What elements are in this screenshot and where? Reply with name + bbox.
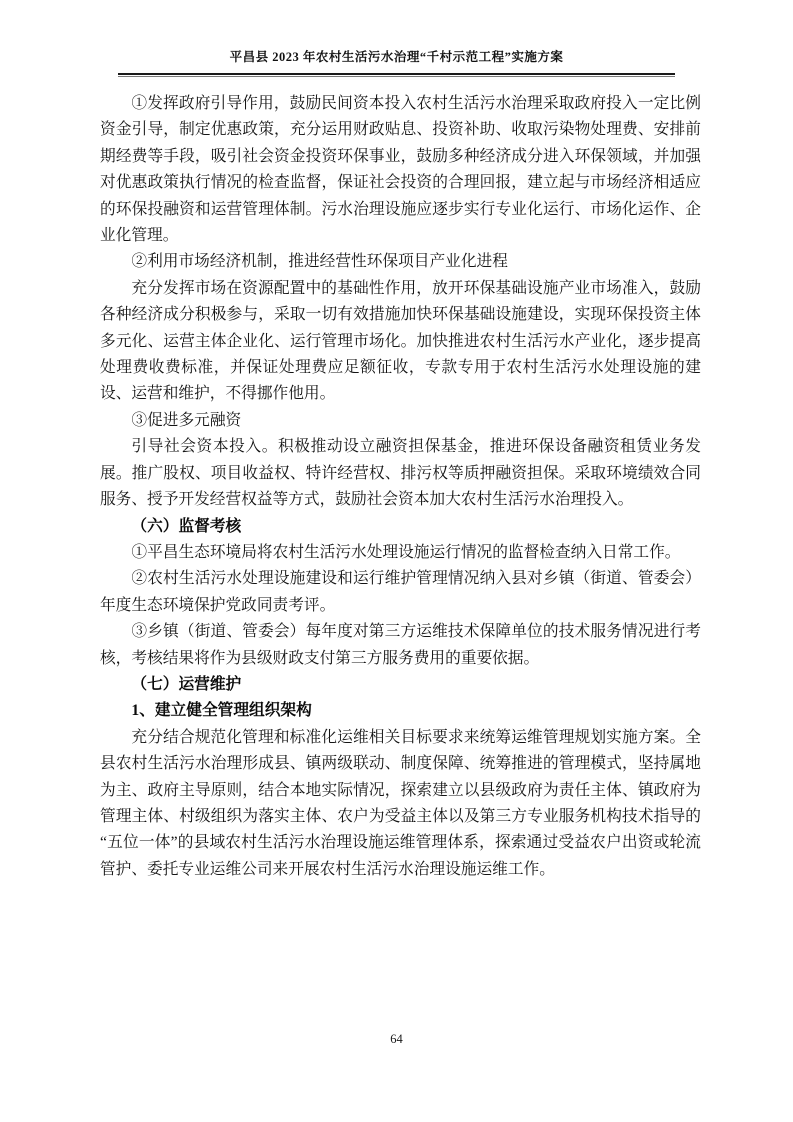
paragraph: ②利用市场经济机制，推进经营性环保项目产业化进程 <box>100 249 701 275</box>
paragraph: ②农村生活污水处理设施建设和运行维护管理情况纳入县对乡镇（街道、管委会）年度生态… <box>100 566 701 619</box>
paragraph: ①平昌生态环境局将农村生活污水处理设施运行情况的监督检查纳入日常工作。 <box>100 540 701 566</box>
section-heading-supervision: （六）监督考核 <box>100 514 701 540</box>
page-footer: 64 <box>0 1030 793 1048</box>
subsection-heading-org-structure: 1、建立健全管理组织架构 <box>100 698 701 724</box>
paragraph: 充分发挥市场在资源配置中的基础性作用，放开环保基础设施产业市场准入，鼓励各种经济… <box>100 276 701 408</box>
paragraph: 充分结合规范化管理和标准化运维相关目标要求来统筹运维管理规划实施方案。全县农村生… <box>100 725 701 883</box>
paragraph: ③乡镇（街道、管委会）每年度对第三方运维技术保障单位的技术服务情况进行考核，考核… <box>100 619 701 672</box>
document-page: 平昌县 2023 年农村生活污水治理“千村示范工程”实施方案 ①发挥政府引导作用… <box>0 0 793 1122</box>
paragraph: 引导社会资本投入。积极推动设立融资担保基金，推进环保设备融资租赁业务发展。推广股… <box>100 434 701 513</box>
header-divider-rule <box>118 73 675 77</box>
section-heading-operation: （七）运营维护 <box>100 672 701 698</box>
page-header: 平昌县 2023 年农村生活污水治理“千村示范工程”实施方案 <box>118 48 675 77</box>
page-number: 64 <box>390 1032 403 1046</box>
paragraph: ③促进多元融资 <box>100 408 701 434</box>
paragraph: ①发挥政府引导作用，鼓励民间资本投入农村生活污水治理采取政府投入一定比例资金引导… <box>100 91 701 249</box>
header-title: 平昌县 2023 年农村生活污水治理“千村示范工程”实施方案 <box>118 48 675 66</box>
document-body: ①发挥政府引导作用，鼓励民间资本投入农村生活污水治理采取政府投入一定比例资金引导… <box>100 91 701 883</box>
